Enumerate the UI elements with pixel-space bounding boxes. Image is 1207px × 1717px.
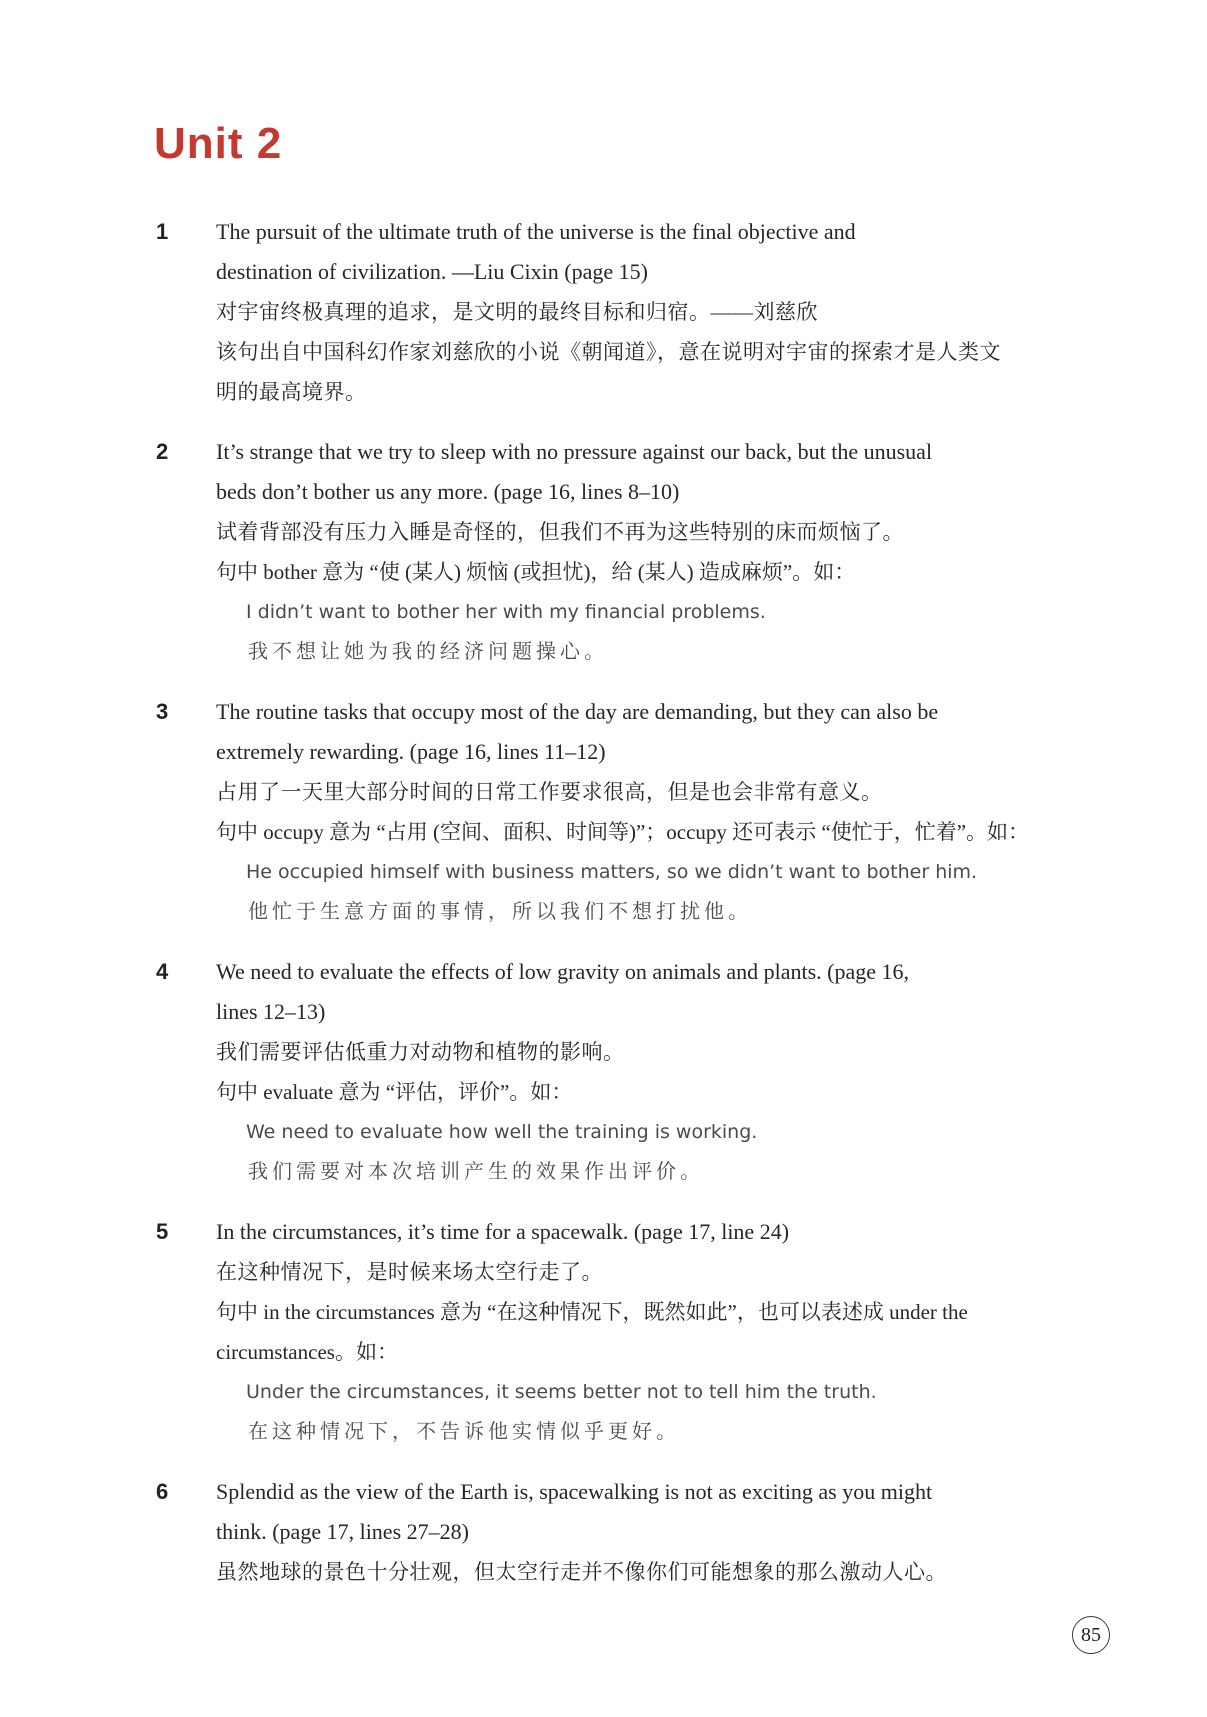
- example-sentence-line: I didn’t want to bother her with my fina…: [216, 592, 1207, 632]
- example-sentence-line: He occupied himself with business matter…: [216, 852, 1207, 892]
- chinese-translation-line: 该句出自中国科幻作家刘慈欣的小说《朝闻道》，意在说明对宇宙的探索才是人类文: [216, 332, 1207, 372]
- item-number: 1: [156, 212, 200, 252]
- list-item: 6 Splendid as the view of the Earth is, …: [0, 1472, 1207, 1592]
- english-sentence-line: destination of civilization. —Liu Cixin …: [216, 252, 1207, 292]
- english-sentence-line: lines 12–13): [216, 992, 1207, 1032]
- page-number-badge: 85: [1072, 1616, 1110, 1654]
- item-number: 2: [156, 432, 200, 472]
- chinese-translation-line: 对宇宙终极真理的追求，是文明的最终目标和归宿。——刘慈欣: [216, 292, 1207, 332]
- item-number: 6: [156, 1472, 200, 1512]
- example-translation-line: 在这种情况下，不告诉他实情似乎更好。: [216, 1412, 1207, 1452]
- list-item: 4 We need to evaluate the effects of low…: [0, 952, 1207, 1192]
- usage-note-line: circumstances。如：: [216, 1332, 1207, 1372]
- chinese-translation-line: 试着背部没有压力入睡是奇怪的，但我们不再为这些特别的床而烦恼了。: [216, 512, 1207, 552]
- english-sentence-line: We need to evaluate the effects of low g…: [216, 952, 1207, 992]
- english-sentence-line: think. (page 17, lines 27–28): [216, 1512, 1207, 1552]
- english-sentence-line: Splendid as the view of the Earth is, sp…: [216, 1472, 1207, 1512]
- item-number: 3: [156, 692, 200, 732]
- example-sentence-line: Under the circumstances, it seems better…: [216, 1372, 1207, 1412]
- example-sentence-line: We need to evaluate how well the trainin…: [216, 1112, 1207, 1152]
- english-sentence-line: beds don’t bother us any more. (page 16,…: [216, 472, 1207, 512]
- english-sentence-line: In the circumstances, it’s time for a sp…: [216, 1212, 1207, 1252]
- chinese-translation-line: 虽然地球的景色十分壮观，但太空行走并不像你们可能想象的那么激动人心。: [216, 1552, 1207, 1592]
- chinese-translation-line: 明的最高境界。: [216, 372, 1207, 412]
- english-sentence-line: extremely rewarding. (page 16, lines 11–…: [216, 732, 1207, 772]
- list-item: 1 The pursuit of the ultimate truth of t…: [0, 212, 1207, 412]
- page-number: 85: [1081, 1624, 1101, 1647]
- item-number: 5: [156, 1212, 200, 1252]
- usage-note-line: 句中 occupy 意为 “占用 (空间、面积、时间等)”；occupy 还可表…: [216, 812, 1207, 852]
- textbook-page: Unit 2 1 The pursuit of the ultimate tru…: [0, 0, 1207, 1717]
- list-item: 5 In the circumstances, it’s time for a …: [0, 1212, 1207, 1452]
- english-sentence-line: The pursuit of the ultimate truth of the…: [216, 212, 1207, 252]
- usage-note-line: 句中 in the circumstances 意为 “在这种情况下，既然如此”…: [216, 1292, 1207, 1332]
- list-item: 2 It’s strange that we try to sleep with…: [0, 432, 1207, 672]
- items-list: 1 The pursuit of the ultimate truth of t…: [0, 212, 1207, 1612]
- chinese-translation-line: 我们需要评估低重力对动物和植物的影响。: [216, 1032, 1207, 1072]
- english-sentence-line: It’s strange that we try to sleep with n…: [216, 432, 1207, 472]
- usage-note-line: 句中 evaluate 意为 “评估，评价”。如：: [216, 1072, 1207, 1112]
- usage-note-line: 句中 bother 意为 “使 (某人) 烦恼 (或担忧)，给 (某人) 造成麻…: [216, 552, 1207, 592]
- list-item: 3 The routine tasks that occupy most of …: [0, 692, 1207, 932]
- chinese-translation-line: 在这种情况下，是时候来场太空行走了。: [216, 1252, 1207, 1292]
- english-sentence-line: The routine tasks that occupy most of th…: [216, 692, 1207, 732]
- example-translation-line: 我不想让她为我的经济问题操心。: [216, 632, 1207, 672]
- unit-title: Unit 2: [154, 118, 282, 170]
- example-translation-line: 我们需要对本次培训产生的效果作出评价。: [216, 1152, 1207, 1192]
- item-number: 4: [156, 952, 200, 992]
- chinese-translation-line: 占用了一天里大部分时间的日常工作要求很高，但是也会非常有意义。: [216, 772, 1207, 812]
- example-translation-line: 他忙于生意方面的事情，所以我们不想打扰他。: [216, 892, 1207, 932]
